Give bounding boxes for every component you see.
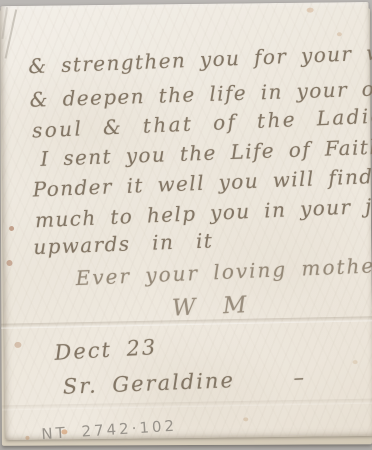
date-line: Dect 23 (54, 336, 158, 365)
foxing-spot (14, 342, 21, 348)
addressee-line: Sr. Geraldine – (62, 366, 306, 399)
foxing-spot (307, 8, 314, 13)
handwritten-line: & strengthen you for your work (28, 40, 372, 77)
closing-valediction: Ever your loving mother (75, 254, 372, 289)
handwritten-line: I sent you the Life of Faith (40, 136, 372, 170)
letter-paper: & strengthen you for your work & deepen … (1, 2, 372, 440)
foxing-spot (353, 360, 358, 364)
foxing-spot (337, 32, 342, 36)
foxing-spot (9, 226, 14, 231)
signature-initials: W M (171, 293, 254, 322)
foxing-spot (25, 436, 29, 440)
foxing-spot (6, 260, 12, 266)
foxing-spot (243, 417, 248, 421)
fold-crease (2, 399, 372, 411)
handwritten-line: upwards in it (33, 229, 214, 258)
stacked-page-edge (1, 7, 8, 39)
letter-photograph: & strengthen you for your work & deepen … (0, 0, 372, 450)
